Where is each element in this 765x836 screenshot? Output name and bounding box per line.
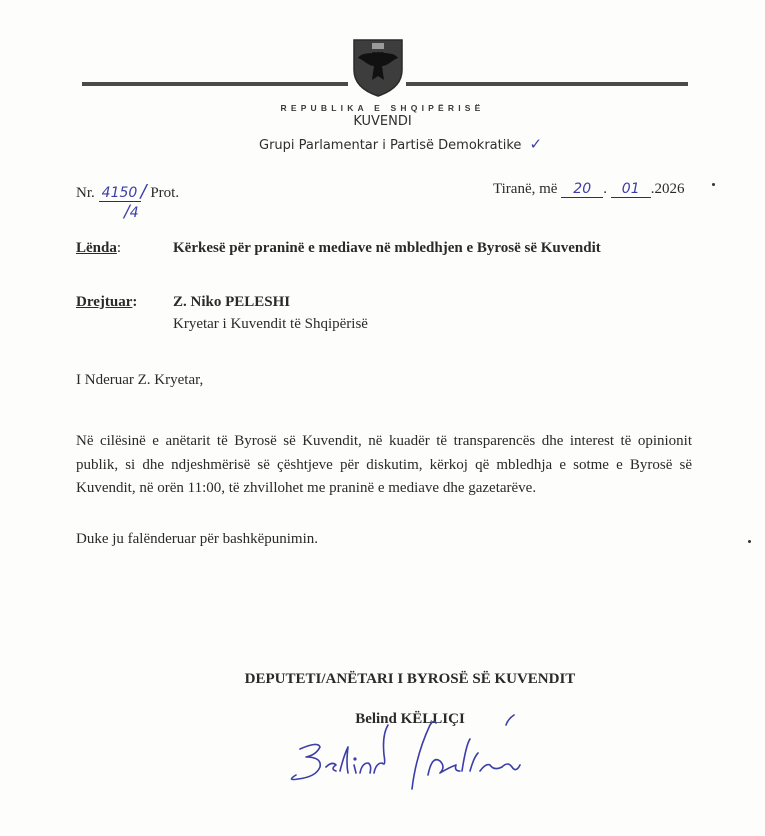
date-year: .2026 — [651, 181, 685, 197]
group-name: Grupi Parlamentar i Partisë Demokratike — [259, 138, 521, 153]
addressee-label: Drejtuar: — [76, 294, 137, 311]
body-line: Në cilësinë e anëtarit të Byrosë së Kuve… — [76, 430, 692, 454]
protocol-sub-value: 4 — [130, 205, 139, 221]
addressee-name: Z. Niko PELESHI — [173, 294, 290, 311]
slash-mark: / — [141, 181, 147, 202]
protocol-prot-label: Prot. — [150, 185, 179, 201]
addressee-colon: : — [132, 294, 137, 310]
subject-label-text: Lënda — [76, 240, 117, 256]
scan-speck — [712, 183, 715, 186]
header-rule-left — [82, 82, 348, 86]
subject-text: Kërkesë për praninë e mediave në mbledhj… — [173, 240, 601, 257]
signatory-role: DEPUTETI/ANËTARI I BYROSË SË KUVENDIT — [0, 671, 765, 688]
header-rule-right — [406, 82, 688, 86]
protocol-nr-value: 4150 — [99, 185, 141, 202]
institution-name: KUVENDI — [0, 114, 765, 129]
date-line: Tiranë, më 20. 01.2026 — [493, 181, 684, 198]
body-line: publik, si dhe ndjeshmërisë së çështjeve… — [76, 454, 692, 478]
date-day: 20 — [561, 181, 603, 198]
handwritten-signature-icon — [290, 715, 580, 810]
date-month: 01 — [611, 181, 651, 198]
protocol-number: Nr. 4150/ Prot. — [76, 181, 179, 202]
scan-speck — [748, 540, 751, 543]
addressee-label-text: Drejtuar — [76, 294, 132, 310]
protocol-nr-label: Nr. — [76, 185, 95, 201]
albanian-eagle-emblem-icon — [352, 36, 404, 98]
subject-label: Lënda: — [76, 240, 121, 257]
subject-colon: : — [117, 240, 121, 256]
protocol-sub-number: /4 — [124, 202, 139, 222]
parliamentary-group: Grupi Parlamentar i Partisë Demokratike … — [259, 135, 542, 153]
handwritten-check-icon: ✓ — [530, 135, 543, 153]
date-prefix: Tiranë, më — [493, 181, 557, 197]
country-name: REPUBLIKA E SHQIPËRISË — [0, 103, 765, 113]
body-paragraph: Në cilësinë e anëtarit të Byrosë së Kuve… — [76, 430, 692, 501]
closing-line: Duke ju falënderuar për bashkëpunimin. — [76, 531, 318, 548]
addressee-title: Kryetar i Kuvendit të Shqipërisë — [173, 316, 368, 333]
salutation: I Nderuar Z. Kryetar, — [76, 372, 203, 389]
body-line: Kuvendit, në orën 11:00, të zhvillohet m… — [76, 477, 692, 501]
